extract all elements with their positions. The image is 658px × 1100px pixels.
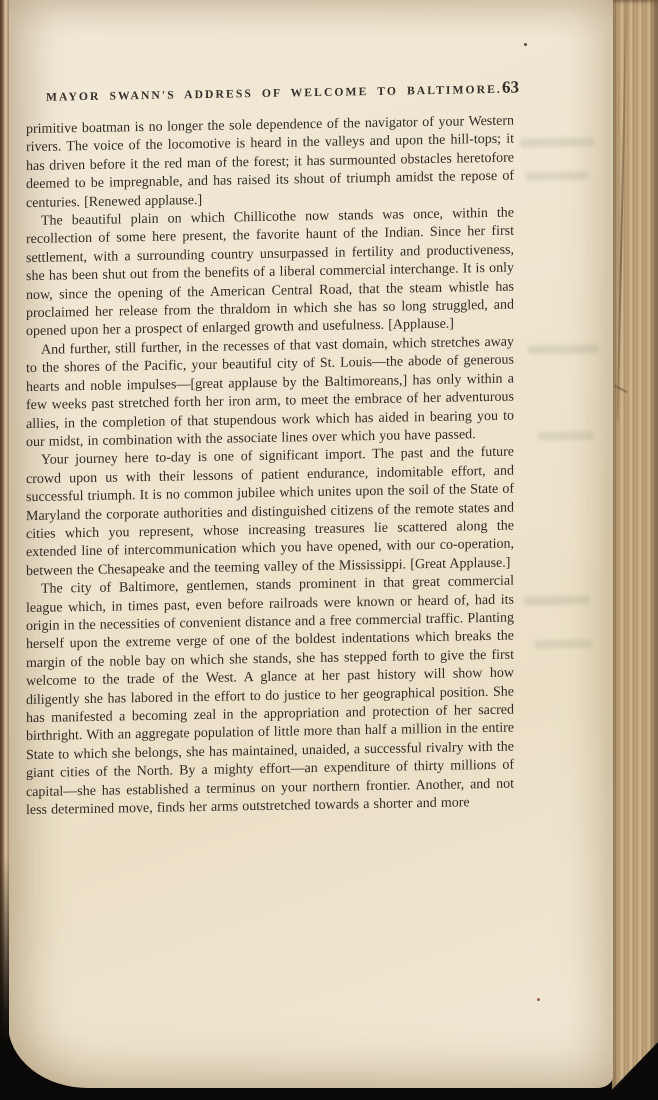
show-through-mark [534, 639, 592, 648]
body-text: primitive boatman is no longer the sole … [26, 113, 514, 821]
running-head: MAYOR SWANN'S ADDRESS OF WELCOME TO BALT… [26, 78, 514, 107]
scanned-book-photo: MAYOR SWANN'S ADDRESS OF WELCOME TO BALT… [0, 0, 658, 1100]
show-through-mark [538, 432, 594, 441]
paragraph: The beautiful plain on which Chillicothe… [26, 205, 514, 342]
page-title: MAYOR SWANN'S ADDRESS OF WELCOME TO BALT… [46, 83, 502, 104]
show-through-mark [526, 171, 588, 180]
paragraph: The city of Baltimore, gentlemen, stands… [26, 573, 514, 821]
paragraph: Your journey here to-day is one of signi… [26, 444, 514, 581]
show-through-mark [524, 595, 590, 605]
book-page: MAYOR SWANN'S ADDRESS OF WELCOME TO BALT… [8, 0, 613, 1088]
paper-speck [537, 998, 540, 1001]
page-content: MAYOR SWANN'S ADDRESS OF WELCOME TO BALT… [8, 0, 613, 821]
paragraph-continuation: primitive boatman is no longer the sole … [26, 113, 514, 214]
book-fore-edge [612, 0, 658, 1096]
book-spine-edge [0, 0, 9, 1045]
fore-edge-crease [617, 0, 628, 420]
show-through-mark [520, 137, 594, 147]
paragraph: And further, still further, in the reces… [26, 333, 514, 452]
show-through-mark [528, 344, 598, 354]
paper-speck [524, 43, 527, 46]
page-number: 63 [502, 77, 519, 97]
